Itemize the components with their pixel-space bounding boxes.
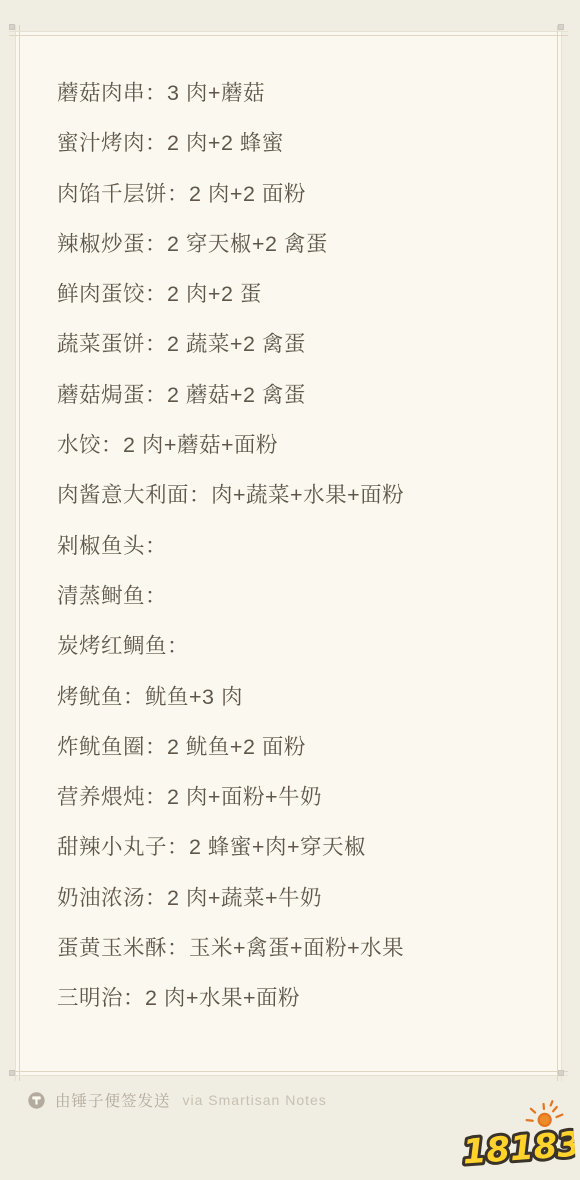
recipe-line: 蘑菇焗蛋：2 蘑菇+2 禽蛋 (57, 370, 530, 420)
recipe-line: 辣椒炒蛋：2 穿天椒+2 禽蛋 (57, 219, 530, 269)
card-border-line (9, 35, 568, 36)
card-border-line (557, 25, 558, 1081)
footer-sent-text: 由锤子便签发送 (55, 1089, 171, 1111)
recipe-line: 肉酱意大利面：肉+蔬菜+水果+面粉 (57, 470, 530, 520)
card-border-line (9, 31, 568, 32)
watermark-text: 18183 (461, 1124, 576, 1172)
recipe-line: 三明治：2 肉+水果+面粉 (57, 973, 530, 1023)
card-border-line (9, 1075, 568, 1076)
card-border-line (9, 1071, 568, 1072)
note-share-image: 蘑菇肉串：3 肉+蘑菇蜜汁烤肉：2 肉+2 蜂蜜肉馅千层饼：2 肉+2 面粉辣椒… (0, 0, 580, 1180)
18183-watermark: 18183 (454, 1100, 577, 1180)
card-border-line (19, 25, 20, 1081)
card-border-line (15, 25, 16, 1081)
recipe-line: 甜辣小丸子：2 蜂蜜+肉+穿天椒 (57, 822, 530, 872)
smartisan-hammer-icon (28, 1092, 45, 1109)
recipe-line: 炭烤红鲷鱼： (57, 621, 530, 671)
recipe-line: 蜜汁烤肉：2 肉+2 蜂蜜 (57, 118, 530, 168)
corner-handle (558, 24, 564, 30)
recipe-line: 清蒸鲥鱼： (57, 571, 530, 621)
recipe-line: 奶油浓汤：2 肉+蔬菜+牛奶 (57, 873, 530, 923)
recipe-line: 炸鱿鱼圈：2 鱿鱼+2 面粉 (57, 722, 530, 772)
corner-handle (9, 1070, 15, 1076)
recipe-list: 蘑菇肉串：3 肉+蘑菇蜜汁烤肉：2 肉+2 蜂蜜肉馅千层饼：2 肉+2 面粉辣椒… (57, 68, 530, 1024)
recipe-line: 蔬菜蛋饼：2 蔬菜+2 禽蛋 (57, 319, 530, 369)
corner-handle (9, 24, 15, 30)
recipe-line: 剁椒鱼头： (57, 521, 530, 571)
share-footer: 由锤子便签发送 via Smartisan Notes (28, 1089, 327, 1111)
recipe-line: 水饺：2 肉+蘑菇+面粉 (57, 420, 530, 470)
footer-via-text: via Smartisan Notes (183, 1092, 327, 1108)
corner-handle (558, 1070, 564, 1076)
recipe-line: 蘑菇肉串：3 肉+蘑菇 (57, 68, 530, 118)
recipe-line: 鲜肉蛋饺：2 肉+2 蛋 (57, 269, 530, 319)
recipe-line: 营养煨炖：2 肉+面粉+牛奶 (57, 772, 530, 822)
recipe-line: 肉馅千层饼：2 肉+2 面粉 (57, 169, 530, 219)
recipe-line: 蛋黄玉米酥：玉米+禽蛋+面粉+水果 (57, 923, 530, 973)
recipe-line: 烤鱿鱼：鱿鱼+3 肉 (57, 672, 530, 722)
card-border-line (561, 25, 562, 1081)
